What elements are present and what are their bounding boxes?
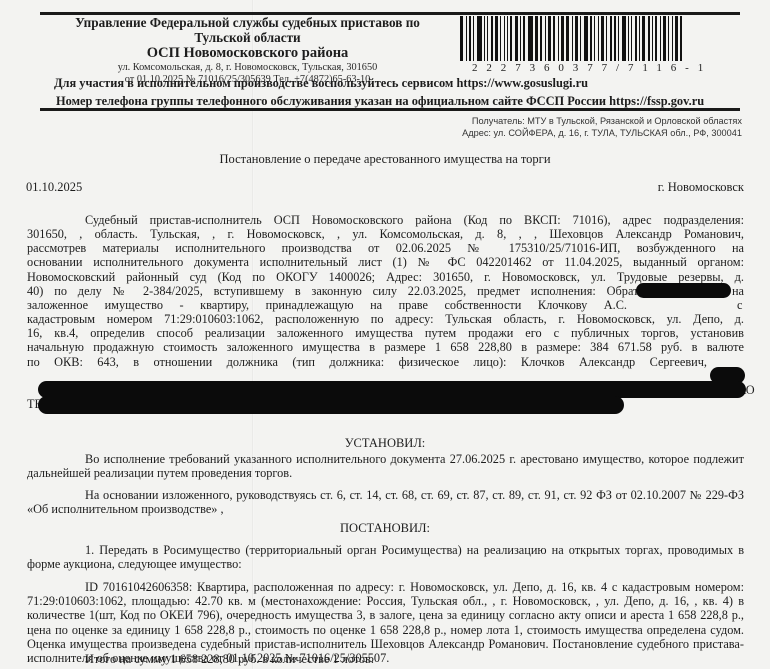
recipient-block: Получатель: МТУ в Тульской, Рязанской и … [462,115,742,139]
barcode-number: 2227360377/7116-1 [472,62,742,74]
phone-notice: Номер телефона группы телефонного обслуж… [56,94,756,109]
intro-line: по ОКВ: 643, в отношении должника (тип д… [27,355,707,370]
header-rule-bottom [40,108,740,111]
legal-basis: На основании изложенного, руководствуясь… [27,488,744,516]
established-text: Во исполнение требований указанного испо… [27,452,744,480]
intro-line: 301650, , область. Тульская, , г. Новомо… [27,227,744,242]
document-city: г. Новомосковск [658,180,744,195]
issuer-org-name: Управление Федеральной службы судебных п… [50,15,445,45]
issuer-department: ОСП Новомосковского района [50,45,445,62]
recipient-address: Адрес: ул. СОЙФЕРА, д. 16, г. ТУЛА, ТУЛЬ… [462,127,742,139]
intro-line: 16, кв.4, определив способ реализации за… [27,326,744,341]
total-amount: Итого на сумму 1 658 228,80 руб. в колич… [27,652,744,666]
document-date: 01.10.2025 [26,180,82,195]
gosuslugi-notice: Для участия в исполнительном производств… [54,76,754,91]
document-page: Управление Федеральной службы судебных п… [0,0,770,669]
resolved-heading: ПОСТАНОВИЛ: [0,521,770,536]
recipient-name: Получатель: МТУ в Тульской, Рязанской и … [462,115,742,127]
established-heading: УСТАНОВИЛ: [0,436,770,451]
issuer-address: ул. Комсомольская, д. 8, г. Новомосковск… [50,62,445,74]
intro-line: кадастровым номером 71:29:010603:1062, р… [27,312,744,327]
intro-line: рассмотрев материалы исполнительного про… [27,241,744,256]
redaction-mark [636,283,731,298]
redaction-mark [38,396,624,414]
barcode-icon [460,16,740,61]
document-title: Постановление о передаче арестованного и… [0,152,770,167]
intro-line: Новомосковский районный суд (Код по ОКОГ… [27,270,744,285]
intro-line: начальную продажную стоимость заложенног… [27,340,744,355]
intro-line-tail: с [737,298,742,313]
resolution-item-1: 1. Передать в Росимущество (территориаль… [27,543,744,571]
intro-line: заложенное имущество - квартиру, принадл… [27,298,627,313]
intro-line: основании исполнительного документа испо… [27,255,744,270]
intro-line: Судебный пристав-исполнитель ОСП Новомос… [85,213,744,228]
